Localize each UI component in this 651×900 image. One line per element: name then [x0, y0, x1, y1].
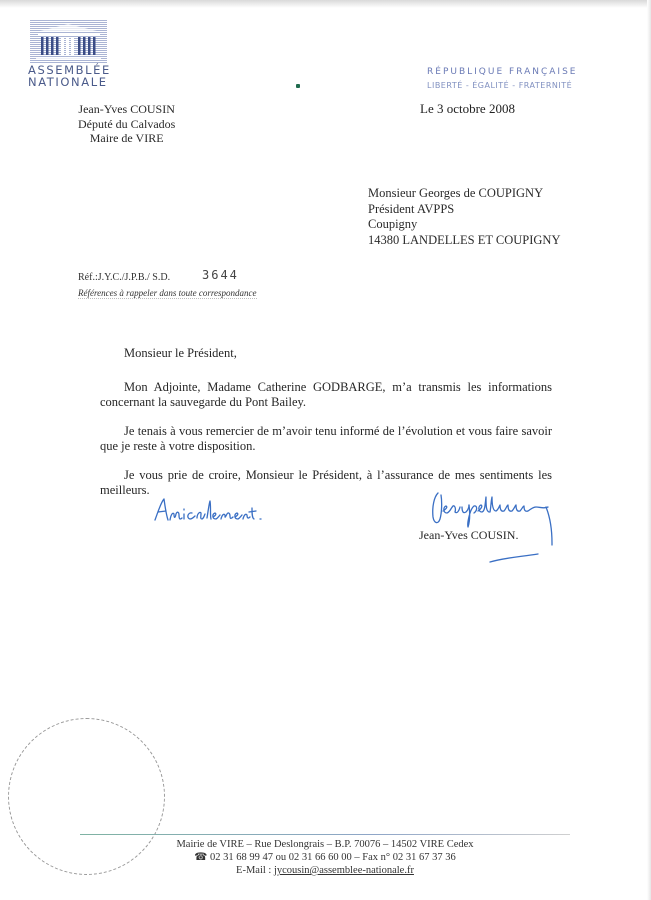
reference-note: Références à rappeler dans toute corresp…: [78, 288, 257, 299]
footer-phones-line: ☎ 02 31 68 99 47 ou 02 31 66 60 00 – Fax…: [80, 851, 570, 864]
republic-title: RÉPUBLIQUE FRANÇAISE: [427, 66, 577, 79]
reference-code: Réf.:J.Y.C./J.P.B./ S.D.: [78, 272, 170, 283]
signer-name: Jean-Yves COUSIN.: [419, 528, 518, 543]
sender-block: Jean-Yves COUSIN Député du Calvados Mair…: [78, 102, 175, 146]
reference-number: 3644: [202, 268, 239, 282]
sender-role: Maire de VIRE: [78, 131, 175, 146]
body-paragraph: Je tenais à vous remercier de m’avoir te…: [100, 424, 552, 454]
sender-title: Député du Calvados: [78, 117, 175, 132]
email-link[interactable]: jycousin@assemblee-nationale.fr: [274, 865, 414, 876]
footer-email-line: E-Mail : jycousin@assemblee-nationale.fr: [80, 864, 570, 877]
letter-date: Le 3 octobre 2008: [420, 101, 515, 117]
footer-email-label: E-Mail :: [236, 865, 274, 876]
footer-address: Mairie de VIRE – Rue Deslongrais – B.P. …: [80, 838, 570, 851]
recipient-line: Président AVPPS: [368, 202, 560, 218]
institution-name: ASSEMBLÉE NATIONALE: [28, 64, 111, 88]
telephone-icon: ☎: [194, 852, 207, 863]
footer-phones: 02 31 68 99 47 ou 02 31 66 60 00 – Fax n…: [210, 852, 456, 863]
footer-contact: Mairie de VIRE – Rue Deslongrais – B.P. …: [80, 838, 570, 877]
body-paragraph: Mon Adjointe, Madame Catherine GODBARGE,…: [100, 380, 552, 410]
salutation: Monsieur le Président,: [100, 346, 552, 361]
recipient-line: 14380 LANDELLES ET COUPIGNY: [368, 233, 560, 249]
republic-header: RÉPUBLIQUE FRANÇAISE LIBERTÉ - ÉGALITÉ -…: [427, 66, 577, 92]
assemblee-nationale-logo-icon: [30, 20, 107, 64]
recipient-line: Coupigny: [368, 217, 560, 233]
institution-line2: NATIONALE: [28, 76, 111, 88]
recipient-address: Monsieur Georges de COUPIGNY Président A…: [368, 186, 560, 248]
signature-icon: [428, 487, 563, 567]
scan-shadow-top: [0, 0, 651, 8]
recipient-line: Monsieur Georges de COUPIGNY: [368, 186, 560, 202]
scan-speck: [296, 84, 300, 88]
scan-shadow-right: [647, 0, 651, 900]
sender-name: Jean-Yves COUSIN: [78, 102, 175, 117]
republic-motto: LIBERTÉ - ÉGALITÉ - FRATERNITÉ: [427, 79, 577, 92]
footer-divider: [80, 834, 570, 835]
handwritten-note: Amicalement.: [152, 496, 267, 526]
